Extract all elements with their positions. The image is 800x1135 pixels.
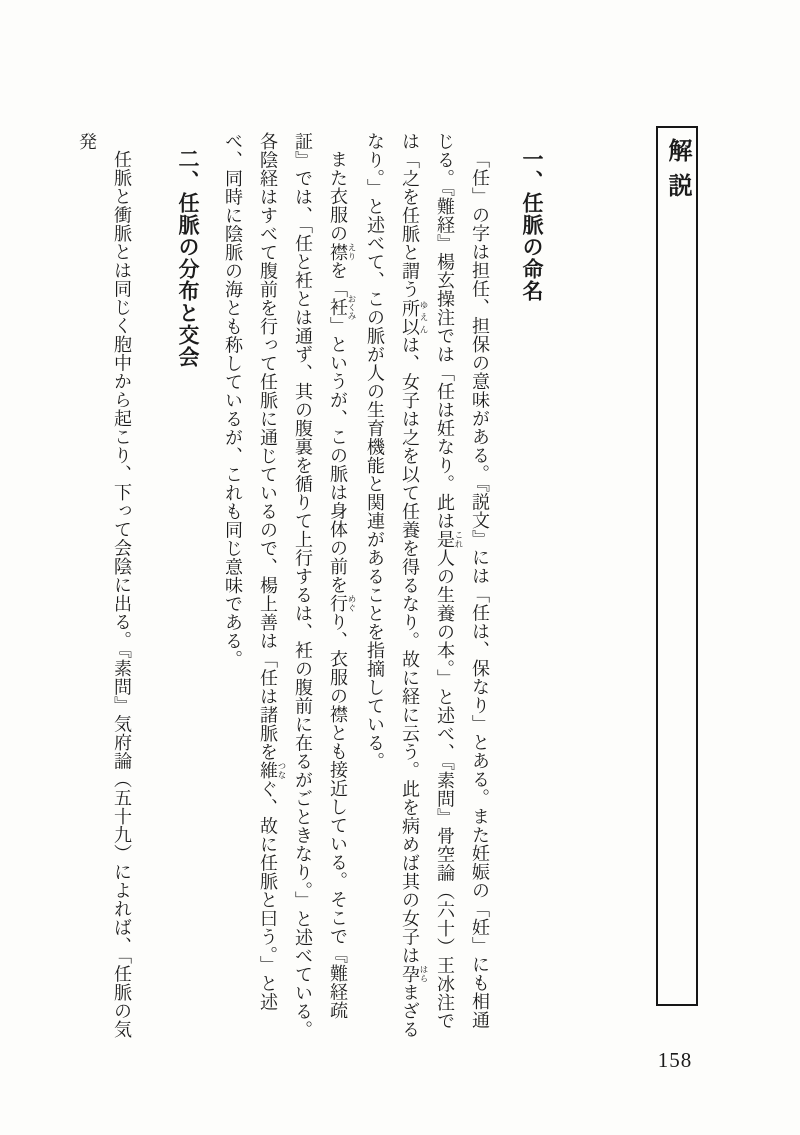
- furigana-ruby: 衽おくみ: [328, 298, 348, 317]
- paragraph: また衣服の襟えりを「衽おくみ」というが、この脈は身体の前を行めぐり、衣服の襟とも…: [215, 132, 357, 1042]
- paragraph: 「任」の字は担任、担保の意味がある。『説文』には「任は、保なり」とある。また妊娠…: [357, 132, 497, 1042]
- chapter-tab-label: 解説: [658, 128, 696, 208]
- furigana-ruby: 是これ: [435, 530, 455, 549]
- furigana-ruby: 襟えり: [328, 243, 348, 262]
- paragraph: 任脈と衝脈とは同じく胞中から起こり、下って会陰に出る。『素問』気府論（五十九）に…: [69, 132, 139, 1042]
- section-heading: 一、任脈の命名: [517, 132, 547, 1042]
- furigana-ruby: 所以ゆえん: [400, 299, 420, 336]
- main-text: 一、任脈の命名「任」の字は担任、担保の意味がある。『説文』には「任は、保なり」と…: [85, 132, 547, 1042]
- furigana-ruby: 孕はら: [400, 965, 420, 984]
- book-page: 解説 一、任脈の命名「任」の字は担任、担保の意味がある。『説文』には「任は、保な…: [0, 0, 800, 1135]
- section-heading: 二、任脈の分布と交会: [173, 132, 203, 1042]
- furigana-ruby: 行めぐ: [328, 594, 348, 613]
- furigana-ruby: 維つな: [258, 761, 278, 780]
- page-number: 158: [653, 1048, 697, 1073]
- chapter-tab-box: 解説: [656, 126, 698, 1006]
